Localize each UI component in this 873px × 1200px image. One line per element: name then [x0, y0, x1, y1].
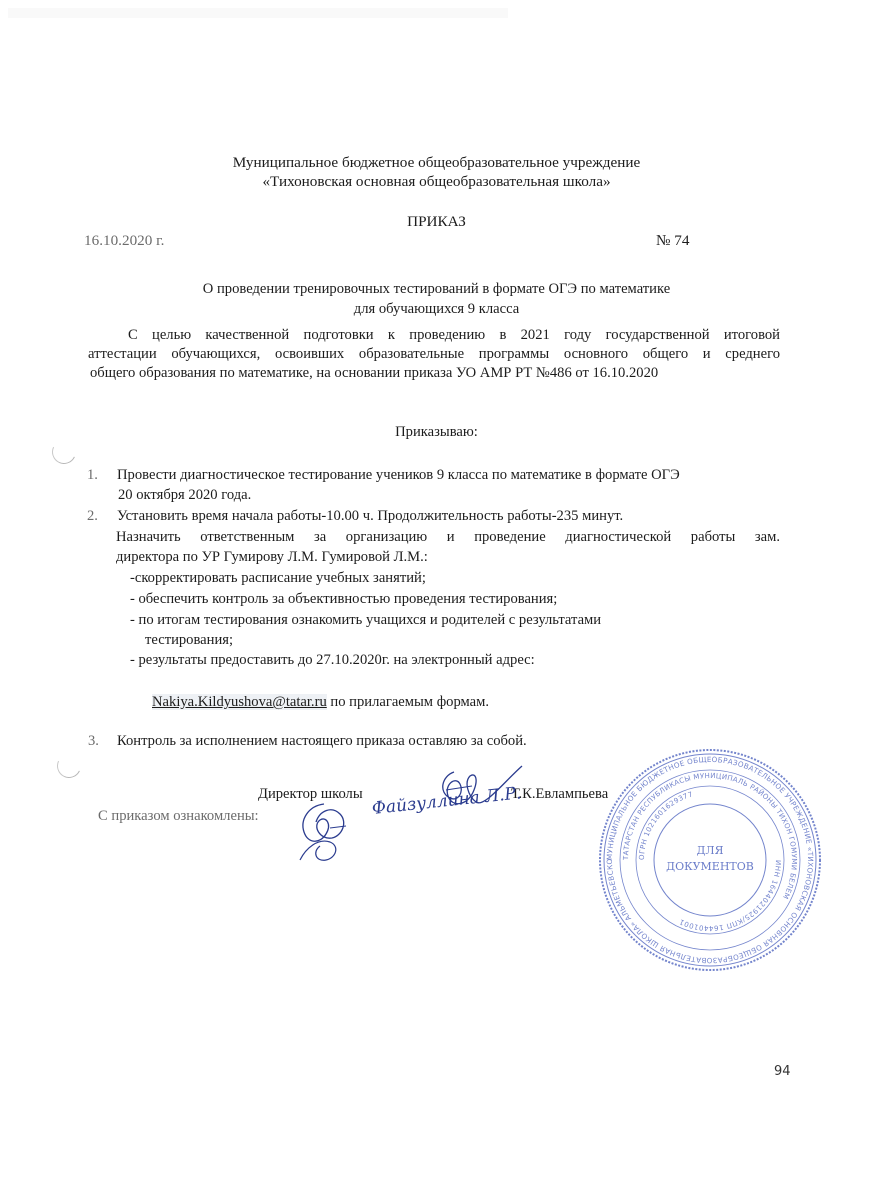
- stamp-center-line-1: ДЛЯ: [696, 844, 723, 857]
- preamble-line-1: С целью качественной подготовки к провед…: [128, 326, 780, 344]
- org-name-line-1: Муниципальное бюджетное общеобразователь…: [0, 154, 873, 172]
- acknowledged-label: С приказом ознакомлены:: [98, 807, 259, 825]
- item-1-number: 1.: [87, 466, 98, 484]
- task-3: - по итогам тестирования ознакомить учащ…: [130, 611, 601, 629]
- director-name: Т.К.Евлампьева: [511, 785, 608, 803]
- punch-hole-mark: [54, 751, 85, 782]
- scan-artifact: [8, 8, 508, 18]
- preamble-line-3: общего образования по математике, на осн…: [90, 364, 658, 382]
- school-stamp: МУНИЦИПАЛЬНОЕ БЮДЖЕТНОЕ ОБЩЕОБРАЗОВАТЕЛЬ…: [596, 746, 824, 974]
- task-1: -скорректировать расписание учебных заня…: [130, 569, 426, 587]
- task-4: - результаты предоставить до 27.10.2020г…: [130, 651, 535, 669]
- item-3-text: Контроль за исполнением настоящего прика…: [117, 732, 527, 750]
- task-3-continued: тестирования;: [145, 631, 233, 649]
- responsible-line-2: директора по УР Гумирову Л.М. Гумировой …: [116, 548, 428, 566]
- stamp-center-line-2: ДОКУМЕНТОВ: [666, 860, 754, 873]
- doc-type-title: ПРИКАЗ: [0, 213, 873, 231]
- task-2: - обеспечить контроль за объективностью …: [130, 590, 557, 608]
- org-name-line-2: «Тихоновская основная общеобразовательна…: [0, 173, 873, 191]
- email-line: Nakiya.Kildyushova@tatar.ru по прилагаем…: [152, 693, 489, 711]
- item-1-line-1: Провести диагностическое тестирование уч…: [117, 466, 680, 484]
- page-number: 94: [774, 1064, 791, 1079]
- item-2-line-1: Установить время начала работы-10.00 ч. …: [117, 507, 623, 525]
- order-date: 16.10.2020 г.: [84, 232, 164, 250]
- order-date-text: 16.10.2020 г.: [84, 232, 164, 249]
- acknowledged-signature: [290, 798, 360, 870]
- email-suffix: по прилагаемым формам.: [327, 694, 489, 710]
- item-2-number: 2.: [87, 507, 98, 525]
- email-link[interactable]: Nakiya.Kildyushova@tatar.ru: [152, 694, 327, 710]
- responsible-line-1: Назначить ответственным за организацию и…: [116, 528, 780, 546]
- item-3-number: 3.: [88, 732, 99, 750]
- item-1-line-2: 20 октября 2020 года.: [118, 486, 251, 504]
- order-number: № 74: [656, 232, 689, 250]
- subject-line-1: О проведении тренировочных тестирований …: [0, 280, 873, 298]
- order-word: Приказываю:: [0, 423, 873, 441]
- subject-line-2: для обучающихся 9 класса: [0, 300, 873, 318]
- preamble-line-2: аттестации обучающихся, освоивших образо…: [88, 345, 780, 363]
- punch-hole-mark: [49, 437, 80, 468]
